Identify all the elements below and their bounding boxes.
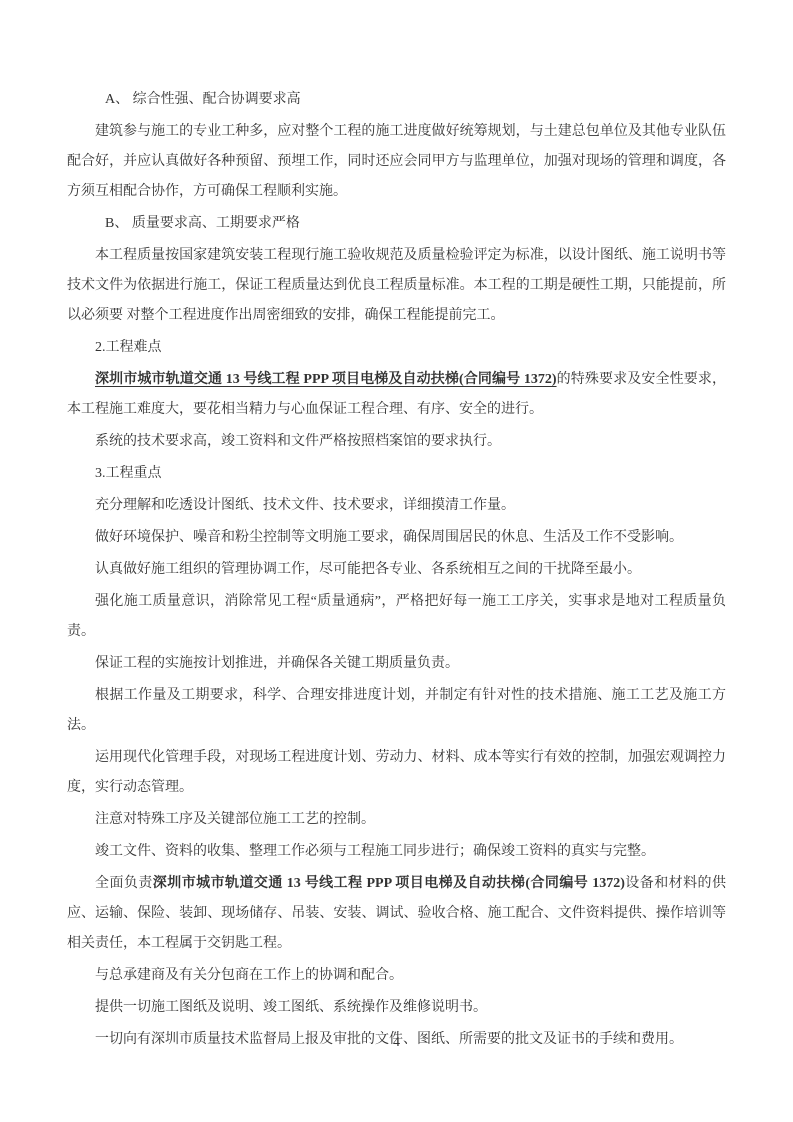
paragraph-management-coordination: 认真做好施工组织的管理协调工作，尽可能把各专业、各系统相互之间的干扰降至最小。 bbox=[67, 555, 726, 585]
paragraph-project-difficulty: 深圳市城市轨道交通 13 号线工程 PPP 项目电梯及自动扶梯(合同编号 137… bbox=[67, 365, 726, 425]
paragraph-schedule-measures: 根据工作量及工期要求，科学、合理安排进度计划，并制定有针对性的技术措施、施工工艺… bbox=[67, 681, 726, 741]
paragraph-turnkey-lead: 全面负责 bbox=[95, 876, 153, 891]
paragraph-environment-protection: 做好环境保护、噪音和粉尘控制等文明施工要求，确保周围居民的休息、生活及工作不受影… bbox=[67, 523, 726, 553]
heading-3-project-priorities: 3.工程重点 bbox=[67, 459, 726, 489]
paragraph-special-process-control: 注意对特殊工序及关键部位施工工艺的控制。 bbox=[67, 805, 726, 835]
project-name-bold: 深圳市城市轨道交通 13 号线工程 PPP 项目电梯及自动扶梯(合同编号 137… bbox=[153, 876, 625, 891]
paragraph-trades-coordination: 建筑参与施工的专业工种多，应对整个工程的施工进度做好统筹规划，与土建总包单位及其… bbox=[67, 117, 726, 207]
paragraph-quality-schedule: 本工程质量按国家建筑安装工程现行施工验收规范及质量检验评定为标准，以设计图纸、施… bbox=[67, 241, 726, 331]
paragraph-provide-drawings: 提供一切施工图纸及说明、竣工图纸、系统操作及维修说明书。 bbox=[67, 993, 726, 1023]
page-footer: 4 bbox=[0, 1033, 793, 1053]
document-page: A、 综合性强、配合协调要求高 建筑参与施工的专业工种多，应对整个工程的施工进度… bbox=[0, 0, 793, 1122]
paragraph-completion-files: 竣工文件、资料的收集、整理工作必须与工程施工同步进行；确保竣工资料的真实与完整。 bbox=[67, 837, 726, 867]
heading-letter-a: A、 综合性强、配合协调要求高 bbox=[67, 85, 726, 115]
heading-letter-b: B、 质量要求高、工期要求严格 bbox=[67, 209, 726, 239]
paragraph-quality-awareness: 强化施工质量意识，消除常见工程“质量通病”，严格把好每一施工工序关，实事求是地对… bbox=[67, 587, 726, 647]
paragraph-plan-execution: 保证工程的实施按计划推进，并确保各关键工期质量负责。 bbox=[67, 649, 726, 679]
heading-2-project-difficulties: 2.工程难点 bbox=[67, 333, 726, 363]
page-number: 4 bbox=[393, 1035, 400, 1050]
paragraph-turnkey-responsibility: 全面负责深圳市城市轨道交通 13 号线工程 PPP 项目电梯及自动扶梯(合同编号… bbox=[67, 869, 726, 959]
document-body: A、 综合性强、配合协调要求高 建筑参与施工的专业工种多，应对整个工程的施工进度… bbox=[67, 85, 726, 1057]
paragraph-contractor-cooperation: 与总承建商及有关分包商在工作上的协调和配合。 bbox=[67, 961, 726, 991]
paragraph-system-requirements: 系统的技术要求高，竣工资料和文件严格按照档案馆的要求执行。 bbox=[67, 427, 726, 457]
paragraph-modern-management: 运用现代化管理手段，对现场工程进度计划、劳动力、材料、成本等实行有效的控制，加强… bbox=[67, 743, 726, 803]
project-name-underlined: 深圳市城市轨道交通 13 号线工程 PPP 项目电梯及自动扶梯(合同编号 137… bbox=[95, 372, 557, 387]
paragraph-understand-drawings: 充分理解和吃透设计图纸、技术文件、技术要求，详细摸清工作量。 bbox=[67, 491, 726, 521]
